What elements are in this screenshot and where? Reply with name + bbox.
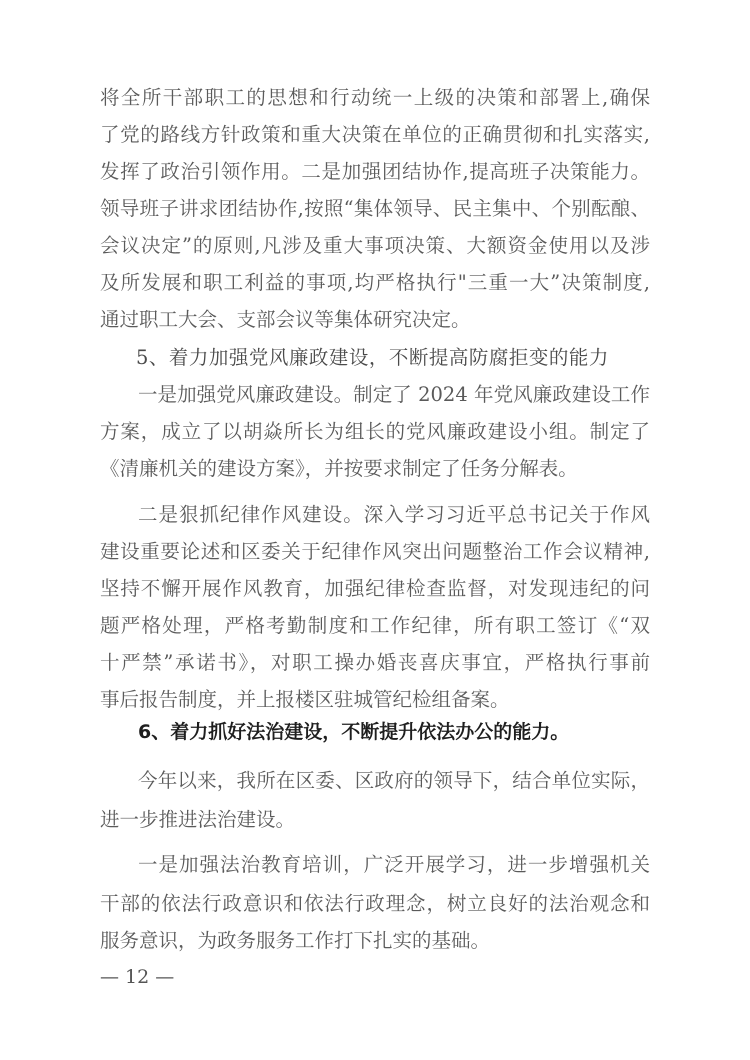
body-text-line: 方案，成立了以胡焱所长为组长的党风廉政建设小组。制定了 [100, 417, 650, 447]
body-text-line: 了党的路线方针政策和重大决策在单位的正确贯彻和扎实落实, [100, 120, 650, 150]
body-text-line: 干部的依法行政意识和依法行政理念，树立良好的法治观念和 [100, 889, 650, 919]
body-text-line: 一是加强党风廉政建设。制定了 2024 年党风廉政建设工作 [138, 380, 650, 410]
body-text-line: 及所发展和职工利益的事项,均严格执行"三重一大”决策制度, [100, 268, 650, 298]
page-number: — 12 — [100, 962, 174, 992]
body-text-line: 坚持不懈开展作风教育，加强纪律检查监督，对发现违纪的问 [100, 574, 650, 604]
body-text-line: 题严格处理，严格考勤制度和工作纪律，所有职工签订《“双 [100, 611, 650, 641]
section-heading-6: 6、着力抓好法治建设，不断提升依法办公的能力。 [138, 717, 688, 747]
body-text-line: 十严禁”承诺书》，对职工操办婚丧喜庆事宜，严格执行事前 [100, 648, 650, 678]
body-text-line: 将全所干部职工的思想和行动统一上级的决策和部署上,确保 [100, 83, 650, 113]
body-text-line: 领导班子讲求团结协作,按照“集体领导、民主集中、个别酝酿、 [100, 194, 650, 224]
body-text-line: 今年以来，我所在区委、区政府的领导下，结合单位实际， [138, 766, 650, 796]
body-text-line: 服务意识，为政务服务工作打下扎实的基础。 [100, 926, 650, 956]
section-heading-5: 5、着力加强党风廉政建设，不断提高防腐拒变的能力 [136, 343, 686, 373]
body-text-line: 建设重要论述和区委关于纪律作风突出问题整治工作会议精神, [100, 537, 650, 567]
document-page: 将全所干部职工的思想和行动统一上级的决策和部署上,确保 了党的路线方针政策和重大… [0, 0, 750, 1060]
body-text-line: 进一步推进法治建设。 [100, 805, 650, 835]
body-text-line: 《清廉机关的建设方案》，并按要求制定了任务分解表。 [100, 454, 650, 484]
body-text-line: 会议决定”的原则,凡涉及重大事项决策、大额资金使用以及涉 [100, 231, 650, 261]
body-text-line: 一是加强法治教育培训，广泛开展学习，进一步增强机关 [138, 850, 650, 880]
body-text-line: 二是狠抓纪律作风建设。深入学习习近平总书记关于作风 [138, 500, 650, 530]
body-text-line: 事后报告制度，并上报楼区驻城管纪检组备案。 [100, 685, 650, 715]
body-text-line: 发挥了政治引领作用。二是加强团结协作,提高班子决策能力。 [100, 157, 650, 187]
body-text-line: 通过职工大会、支部会议等集体研究决定。 [100, 305, 650, 335]
